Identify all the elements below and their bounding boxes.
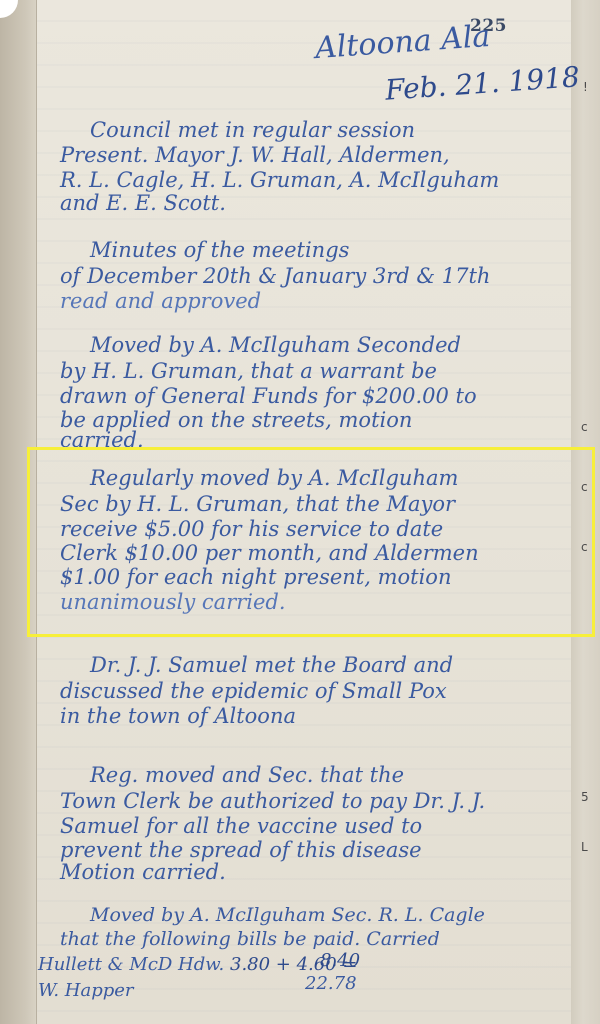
text-line: drawn of General Funds for $200.00 to — [60, 386, 477, 407]
text-line: carried. — [60, 430, 144, 451]
text-line: Moved by A. McIlguham Seconded — [90, 335, 461, 356]
text-line: prevent the spread of this disease — [60, 840, 422, 861]
edge-mark: c — [581, 480, 588, 494]
text-line: and E. E. Scott. — [60, 193, 226, 214]
text-line: of December 20th & January 3rd & 17th — [60, 266, 490, 287]
text-line: $1.00 for each night present, motion — [60, 567, 451, 588]
edge-mark: c — [581, 420, 588, 434]
text-line: Council met in regular session — [90, 120, 415, 141]
text-line: Minutes of the meetings — [90, 240, 349, 261]
text-line: unanimously carried. — [60, 592, 286, 613]
text-line: Sec by H. L. Gruman, that the Mayor — [60, 494, 455, 515]
book-binding-edge — [0, 0, 36, 1024]
bill-payee: W. Happer — [38, 982, 134, 1000]
text-line: receive $5.00 for his service to date — [60, 519, 443, 540]
text-line: Clerk $10.00 per month, and Aldermen — [60, 543, 479, 564]
edge-mark: ! — [583, 80, 588, 94]
edge-mark: c — [581, 540, 588, 554]
text-line: read and approved — [60, 291, 261, 312]
text-line: Moved by A. McIlguham Sec. R. L. Cagle — [90, 906, 485, 925]
bill-payee: Hullett & McD Hdw. — [38, 956, 224, 974]
text-line: Town Clerk be authorized to pay Dr. J. J… — [60, 791, 485, 812]
edge-mark: L — [581, 840, 588, 854]
text-line: by H. L. Gruman, that a warrant be — [60, 361, 437, 382]
text-line: discussed the epidemic of Small Pox — [60, 681, 447, 702]
text-line: Samuel for all the vaccine used to — [60, 816, 422, 837]
text-line: Dr. J. J. Samuel met the Board and — [90, 655, 453, 676]
text-line: Reg. moved and Sec. that the — [90, 765, 404, 786]
text-line: that the following bills be paid. Carrie… — [60, 930, 440, 949]
text-line: Regularly moved by A. McIlguham — [90, 468, 458, 489]
text-line: in the town of Altoona — [60, 706, 296, 727]
text-line: R. L. Cagle, H. L. Gruman, A. McIlguham — [60, 170, 499, 191]
edge-mark: 5 — [581, 790, 589, 804]
text-line: Present. Mayor J. W. Hall, Aldermen, — [60, 145, 450, 166]
adjacent-page-edge: ! c c c 5 L — [570, 0, 600, 1024]
bill-amount: 22.78 — [305, 975, 357, 993]
text-line: Motion carried. — [60, 862, 226, 883]
bill-amount: 8.40 — [320, 952, 360, 970]
